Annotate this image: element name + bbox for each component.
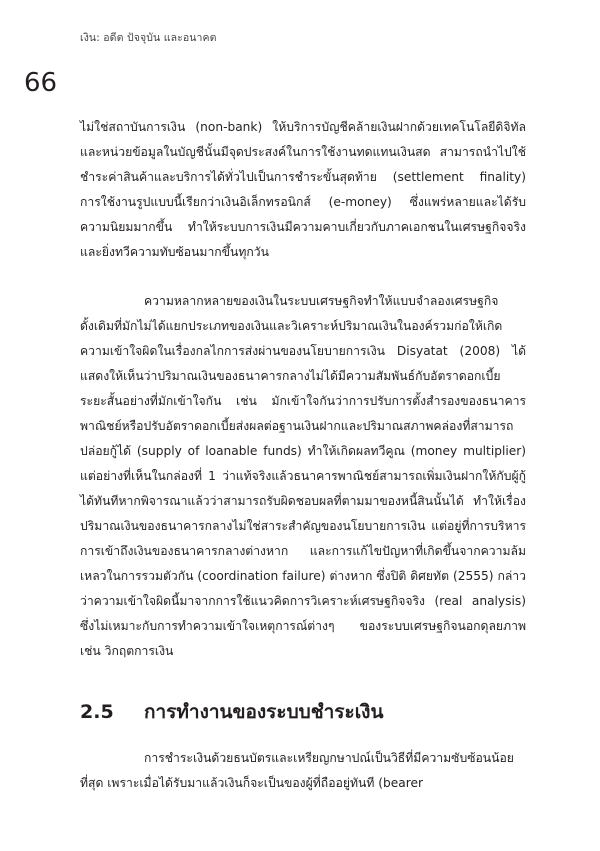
paragraph-payment-system: การชำระเงินด้วยธนบัตรและเหรียญกษาปณ์เป็น…: [80, 746, 526, 796]
section-number: 2.5: [80, 701, 144, 723]
section-heading: 2.5 การทำงานของระบบชำระเงิน: [80, 697, 383, 727]
running-header: เงิน: อดีต ปัจจุบัน และอนาคต: [80, 29, 217, 46]
paragraph-money-diversity: ความหลากหลายของเงินในระบบเศรษฐกิจทำให้แบ…: [80, 289, 526, 664]
paragraph-continuation: ไม่ใช่สถาบันการเงิน (non-bank) ให้บริการ…: [80, 115, 526, 265]
section-title: การทำงานของระบบชำระเงิน: [144, 697, 383, 727]
paragraph-text: ความหลากหลายของเงินในระบบเศรษฐกิจทำให้แบ…: [80, 289, 526, 664]
paragraph-text: การชำระเงินด้วยธนบัตรและเหรียญกษาปณ์เป็น…: [80, 746, 526, 796]
page-number: 66: [24, 68, 57, 98]
paragraph-text: ไม่ใช่สถาบันการเงิน (non-bank) ให้บริการ…: [80, 115, 526, 265]
